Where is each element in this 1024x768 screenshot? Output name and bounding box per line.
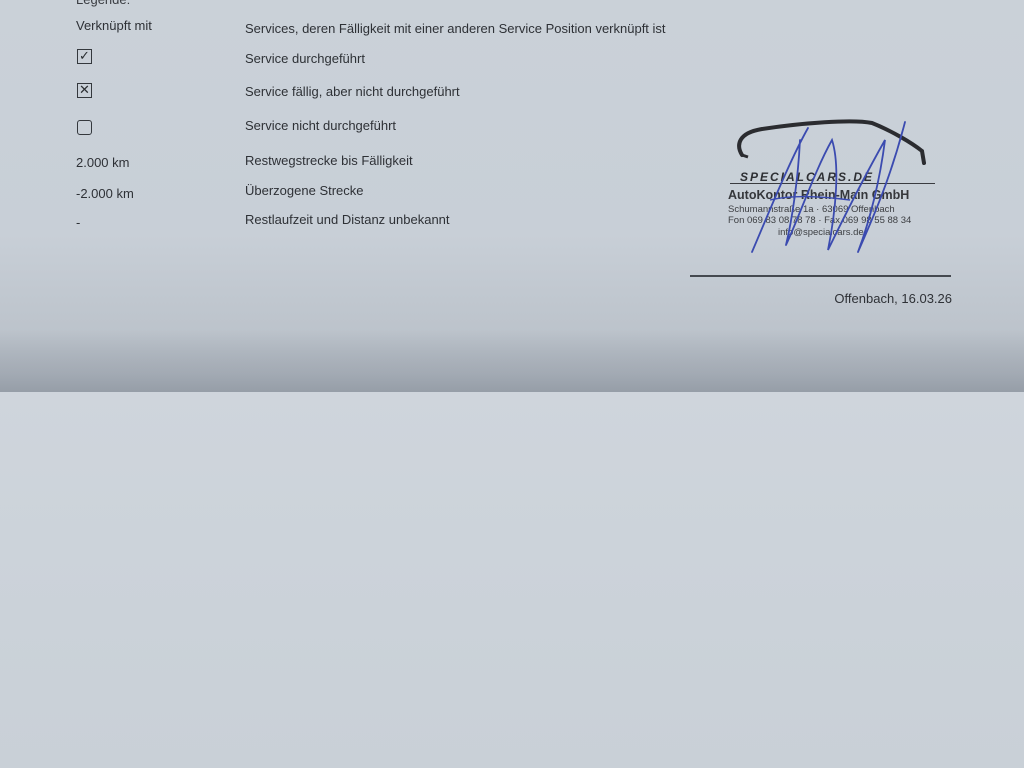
signature-icon [0, 0, 1024, 300]
signature-line [690, 275, 951, 277]
place-date: Offenbach, 16.03.26 [834, 291, 952, 306]
paper-fold-shadow [0, 330, 1024, 392]
document-page-lower [0, 392, 1024, 768]
